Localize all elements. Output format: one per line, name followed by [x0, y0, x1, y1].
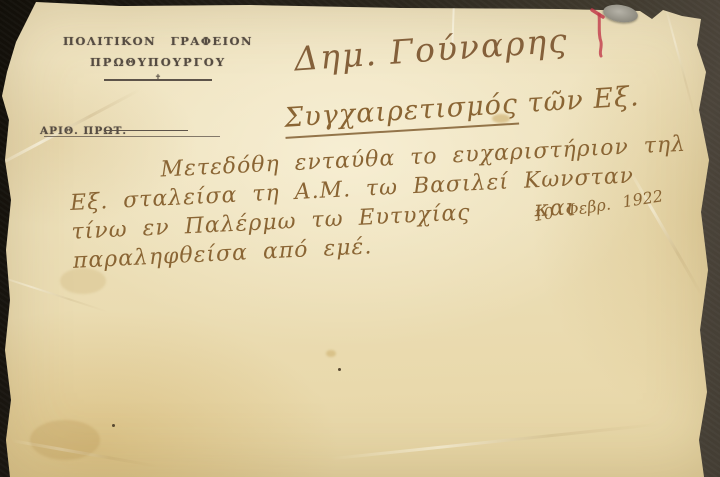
scanned-document: ΠΟΛΙΤΙΚΟΝ ΓΡΑΦΕΙΟΝ ΠΡΩΘΥΠΟΥΡΓΟΥ ✝ ΑΡΙΘ. …: [0, 0, 720, 477]
subject-underlined-word: Συγχαιρετισμός: [283, 89, 519, 139]
subject-rest: τῶν Εξ.: [517, 81, 640, 119]
paper-crease: [664, 3, 697, 119]
letterhead-divider: ✝: [104, 76, 212, 83]
handwritten-addressee: Δημ. Γούναρης: [293, 20, 570, 78]
handwritten-subject: Συγχαιρετισμός τῶν Εξ.: [283, 81, 640, 134]
stain: [30, 420, 100, 460]
handwritten-body: Μετεδόθη ενταύθα το ευχαριστήριον τηλ Εξ…: [68, 132, 653, 276]
divider-ornament-icon: ✝: [155, 73, 162, 83]
letterhead-office-line: ΠΟΛΙΤΙΚΟΝ ΓΡΑΦΕΙΟΝ: [60, 34, 256, 48]
protocol-blank-line: [104, 130, 188, 131]
letterhead-pm-line: ΠΡΩΘΥΠΟΥΡΓΟΥ: [60, 55, 256, 69]
protocol-number-field: ΑΡΙΘ. ΠΡΩΤ.: [40, 119, 127, 138]
red-pencil-mark: [586, 4, 616, 64]
ink-speck: [112, 424, 115, 427]
paper-crease: [331, 423, 660, 460]
letterhead: ΠΟΛΙΤΙΚΟΝ ΓΡΑΦΕΙΟΝ ΠΡΩΘΥΠΟΥΡΓΟΥ ✝: [60, 34, 256, 83]
protocol-blank-line-2: [44, 136, 220, 137]
document-paper: ΠΟΛΙΤΙΚΟΝ ΓΡΑΦΕΙΟΝ ΠΡΩΘΥΠΟΥΡΓΟΥ ✝ ΑΡΙΘ. …: [0, 0, 720, 477]
ink-speck: [338, 368, 341, 371]
stain: [326, 350, 336, 357]
